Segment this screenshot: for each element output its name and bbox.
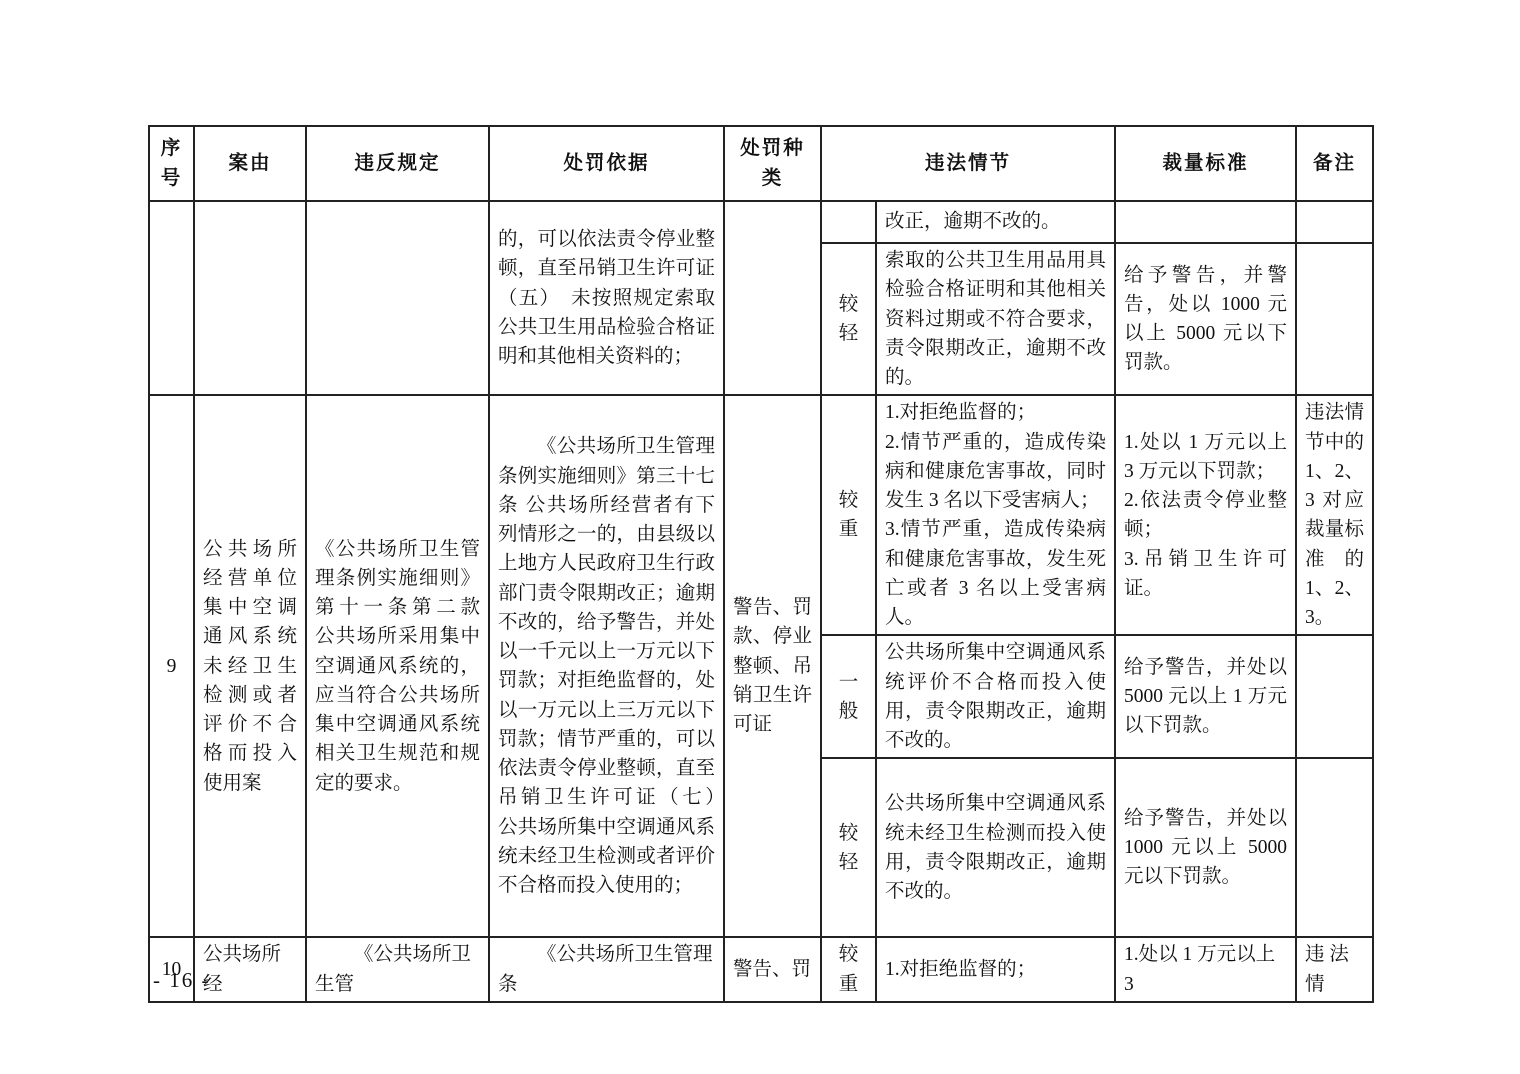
case9-regulation-cell: 《公共场所卫生管理条例实施细则》第十一条第二款 公共场所采用集中空调通风系统的，… xyxy=(306,395,489,937)
case9-circumstance-light-cell: 公共场所集中空调通风系统未经卫生检测而投入使用，责令限期改正，逾期不改的。 xyxy=(876,758,1115,937)
case9-note-general-cell xyxy=(1296,635,1373,758)
header-circumstance: 违法情节 xyxy=(821,126,1115,201)
case9-standard-severe-cell: 1.处以 1 万元以上 3 万元以下罚款； 2.依法责令停业整顿； 3.吊销卫生… xyxy=(1115,395,1296,635)
header-standard: 裁量标准 xyxy=(1115,126,1296,201)
case9-penalty-type-cell: 警告、罚款、停业整顿、吊销卫生许可证 xyxy=(724,395,821,937)
case10-regulation-cell: 《公共场所卫生管 xyxy=(306,937,489,1002)
header-note: 备注 xyxy=(1296,126,1373,201)
document-page: 序号 案由 违反规定 处罚依据 处罚种类 违法情节 裁量标准 备注 的，可以依法… xyxy=(0,0,1520,1074)
header-cause: 案由 xyxy=(194,126,306,201)
case9-note-light-cell xyxy=(1296,758,1373,937)
header-serial: 序号 xyxy=(149,126,194,201)
case10-row: 10 公共场所经 《公共场所卫生管 《公共场所卫生管理条 警告、罚 较重 1.对… xyxy=(149,937,1373,1002)
header-penalty-basis: 处罚依据 xyxy=(489,126,724,201)
case10-note-cell: 违 法 情 xyxy=(1296,937,1373,1002)
case9-severity-general-cell: 一般 xyxy=(821,635,876,758)
penalty-discretion-table: 序号 案由 违反规定 处罚依据 处罚种类 违法情节 裁量标准 备注 的，可以依法… xyxy=(148,125,1374,1003)
case9-cause-cell: 公共场所经营单位集中空调通风系统未经卫生检测或者评价不合格而投入使用案 xyxy=(194,395,306,937)
case10-cause-cell: 公共场所经 xyxy=(194,937,306,1002)
case9-serial-cell: 9 xyxy=(149,395,194,937)
cont-penalty-type-cell xyxy=(724,201,821,395)
continuation-row-1: 的，可以依法责令停业整顿，直至吊销卫生许可证（五） 未按照规定索取公共卫生用品检… xyxy=(149,201,1373,243)
case10-standard-cell: 1.处以 1 万元以上 3 xyxy=(1115,937,1296,1002)
header-regulation: 违反规定 xyxy=(306,126,489,201)
cont-standard-cell xyxy=(1115,201,1296,243)
case9-severity-severe-cell: 较重 xyxy=(821,395,876,635)
case9-row-severe: 9 公共场所经营单位集中空调通风系统未经卫生检测或者评价不合格而投入使用案 《公… xyxy=(149,395,1373,635)
case9-standard-light-cell: 给予警告，并处以 1000 元以上 5000 元以下罚款。 xyxy=(1115,758,1296,937)
cont2-note-cell xyxy=(1296,243,1373,395)
cont-circumstance-cell: 改正，逾期不改的。 xyxy=(876,201,1115,243)
case9-circumstance-severe-cell: 1.对拒绝监督的； 2.情节严重的，造成传染病和健康危害事故，同时发生 3 名以… xyxy=(876,395,1115,635)
case9-note-cell: 违法情节中的 1、2、3 对应裁量标准的 1、2、3。 xyxy=(1296,395,1373,635)
case9-penalty-basis-cell: 《公共场所卫生管理条例实施细则》第三十七条 公共场所经营者有下列情形之一的，由县… xyxy=(489,395,724,937)
case10-circumstance-cell: 1.对拒绝监督的； xyxy=(876,937,1115,1002)
case9-severity-light-cell: 较轻 xyxy=(821,758,876,937)
page-number: - 16 - xyxy=(153,968,211,993)
cont2-circumstance-cell: 索取的公共卫生用品用具检验合格证明和其他相关资料过期或不符合要求，责令限期改正，… xyxy=(876,243,1115,395)
table-header-row: 序号 案由 违反规定 处罚依据 处罚种类 违法情节 裁量标准 备注 xyxy=(149,126,1373,201)
header-penalty-type: 处罚种类 xyxy=(724,126,821,201)
case10-penalty-basis-cell: 《公共场所卫生管理条 xyxy=(489,937,724,1002)
cont2-standard-cell: 给予警告，并警告，处以 1000 元以上 5000 元以下罚款。 xyxy=(1115,243,1296,395)
case9-circumstance-general-cell: 公共场所集中空调通风系统评价不合格而投入使用，责令限期改正，逾期不改的。 xyxy=(876,635,1115,758)
case10-penalty-type-cell: 警告、罚 xyxy=(724,937,821,1002)
cont-penalty-basis-cell: 的，可以依法责令停业整顿，直至吊销卫生许可证（五） 未按照规定索取公共卫生用品检… xyxy=(489,201,724,395)
cont-cause-cell xyxy=(194,201,306,395)
cont2-severity-cell: 较轻 xyxy=(821,243,876,395)
case9-standard-general-cell: 给予警告，并处以 5000 元以上 1 万元以下罚款。 xyxy=(1115,635,1296,758)
cont-note-cell xyxy=(1296,201,1373,243)
cont-serial-cell xyxy=(149,201,194,395)
cont-regulation-cell xyxy=(306,201,489,395)
cont-severity-cell xyxy=(821,201,876,243)
case10-severity-cell: 较重 xyxy=(821,937,876,1002)
